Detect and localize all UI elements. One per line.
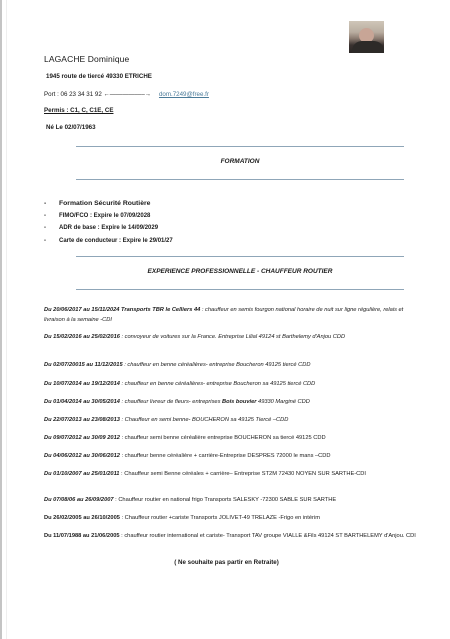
section-rule — [76, 179, 404, 180]
portrait-photo — [349, 21, 384, 53]
address: 1945 route de tiercé 49330 ETRICHE — [46, 73, 152, 80]
candidate-name: LAGACHE Dominique — [44, 54, 129, 64]
retirement-note: ( Ne souhaite pas partir en Retraite) — [0, 559, 450, 566]
formation-item: -Formation Sécurité Routière — [44, 197, 173, 210]
experience-entry: Du 01/10/2007 au 25/01/2011 : Chauffeur … — [44, 470, 424, 480]
formation-item: -FIMO/FCO : Expire le 07/09/2028 — [44, 210, 173, 223]
formation-title: FORMATION — [0, 158, 450, 165]
formation-item: -ADR de base : Expire le 14/09/2029 — [44, 222, 173, 235]
section-rule — [76, 289, 404, 290]
phone: Port : 06 23 34 31 92 ←————–––→ — [44, 91, 151, 98]
birth-date: Né Le 02/07/1963 — [46, 124, 96, 131]
email-link[interactable]: dom.7249@free.fr — [159, 91, 209, 98]
experience-title: EXPERIENCE PROFESSIONNELLE - CHAUFFEUR R… — [0, 268, 450, 275]
experience-entry: Du 04/06/2012 au 30/06/2012 : chauffeur … — [44, 452, 424, 462]
experience-entry: Du 02/07/20015 au 11/12/2015 : chauffeur… — [44, 361, 424, 371]
formation-list: -Formation Sécurité Routière -FIMO/FCO :… — [44, 197, 173, 247]
section-rule — [76, 146, 404, 147]
section-rule — [76, 256, 404, 257]
experience-entry: Du 10/07/2014 au 19/12/2014 : chauffeur … — [44, 380, 424, 390]
phone-line: Port : 06 23 34 31 92 ←————–––→dom.7249@… — [44, 91, 209, 98]
page-left-border — [0, 0, 2, 639]
formation-item: -Carte de conducteur : Expire le 29/01/2… — [44, 235, 173, 248]
experience-entry: Du 11/07/1988 au 21/06/2005 : chauffeur … — [44, 532, 424, 542]
page-left-border-inner — [6, 0, 7, 639]
experience-entry: Du 20/06/2017 au 15/11/2024 Transports T… — [44, 306, 424, 325]
photo-body — [352, 41, 384, 53]
experience-entry: Du 26/02/2005 au 26/10/2005 : Chauffeur … — [44, 514, 424, 524]
experience-entry: Du 01/04/2014 au 30/05/2014 : chauffeur … — [44, 398, 424, 408]
experience-entry: Du 15/02/2016 au 25/02/2016 : convoyeur … — [44, 333, 424, 343]
experience-entry: Du 22/07/2013 au 23/08/2013 : Chauffeur … — [44, 416, 424, 426]
experience-entry: Du 09/07/2012 au 30/09 2012 : chauffeur … — [44, 434, 424, 444]
experience-entry: Du 07/08/06 au 26/09/2007 : Chauffeur ro… — [44, 496, 424, 506]
permis: Permis : C1, C, C1E, CE — [44, 107, 113, 114]
